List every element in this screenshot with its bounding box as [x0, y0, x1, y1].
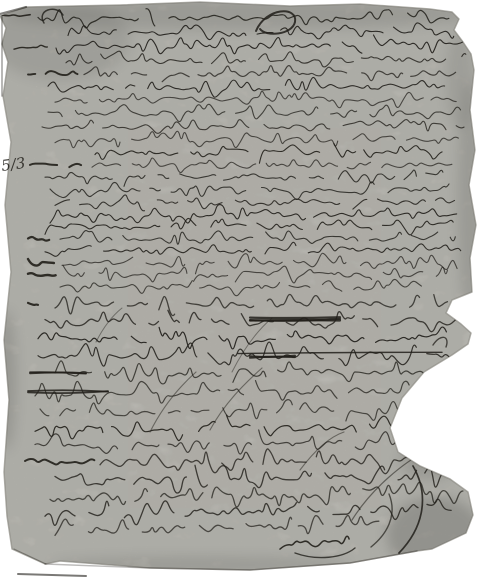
- edge-shadow: [18, 574, 86, 576]
- strikethrough: [250, 317, 340, 318]
- manuscript-svg: 5/3: [0, 0, 480, 580]
- strikethrough: [30, 372, 86, 373]
- strikethrough: [250, 357, 295, 358]
- lead-dash: [2, 15, 30, 17]
- manuscript-scan: 5/3: [0, 0, 480, 580]
- tonal-blotch: [400, 440, 460, 480]
- tonal-blotch: [50, 557, 350, 573]
- marginal-note: 5/3: [0, 154, 26, 175]
